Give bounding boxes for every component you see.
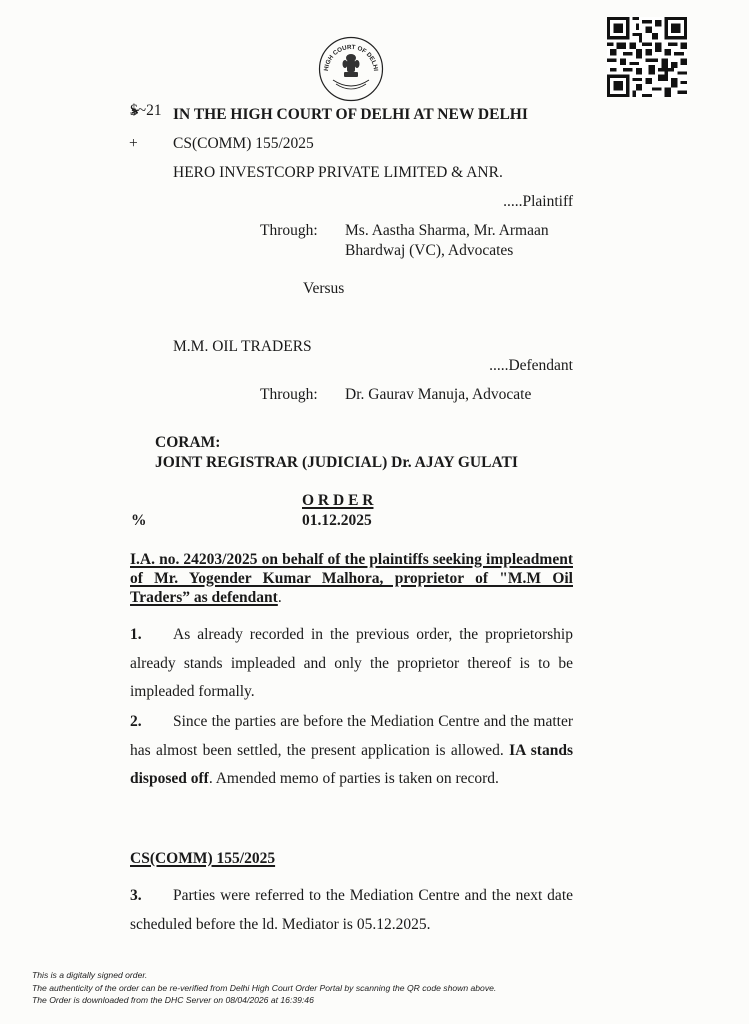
coram-judge: JOINT REGISTRAR (JUDICIAL) Dr. AJAY GULA… <box>155 454 518 472</box>
footer-note: This is a digitally signed order. The au… <box>32 969 496 1007</box>
paragraph-text: Since the parties are before the Mediati… <box>130 713 573 759</box>
qr-code-icon <box>607 17 687 97</box>
order-title: O R D E R <box>302 492 373 510</box>
plaintiff-name: HERO INVESTCORP PRIVATE LIMITED & ANR. <box>173 164 503 182</box>
footer-line-2: The authenticity of the order can be re-… <box>32 982 496 995</box>
footer-line-3: The Order is downloaded from the DHC Ser… <box>32 994 496 1007</box>
paragraph-1: 1.As already recorded in the previous or… <box>130 621 573 707</box>
application-heading-text: I.A. no. 24203/2025 on behalf of the pla… <box>130 551 573 606</box>
footer-line-1: This is a digitally signed order. <box>32 969 496 982</box>
defendant-through-label: Through: <box>260 386 318 404</box>
paragraph-text-after: . Amended memo of parties is taken on re… <box>209 770 499 787</box>
coram-label: CORAM: <box>155 434 220 452</box>
percent-marker: % <box>131 512 147 530</box>
plaintiff-counsel-line2: Bhardwaj (VC), Advocates <box>345 242 513 260</box>
paragraph-number: 2. <box>130 708 173 737</box>
paragraph-3: 3.Parties were referred to the Mediation… <box>130 882 573 939</box>
defendant-name: M.M. OIL TRADERS <box>173 338 312 356</box>
plaintiff-counsel-line1: Ms. Aastha Sharma, Mr. Armaan <box>345 222 549 240</box>
defendant-role: .....Defendant <box>489 357 573 375</box>
plaintiff-role: .....Plaintiff <box>503 193 573 211</box>
versus-label: Versus <box>303 280 344 298</box>
star-marker: * <box>131 106 139 124</box>
section-heading: CS(COMM) 155/2025 <box>130 850 275 868</box>
plus-marker: + <box>129 135 138 153</box>
paragraph-2: 2.Since the parties are before the Media… <box>130 708 573 794</box>
paragraph-text: Parties were referred to the Mediation C… <box>130 887 573 933</box>
paragraph-number: 1. <box>130 621 173 650</box>
court-title: IN THE HIGH COURT OF DELHI AT NEW DELHI <box>173 106 528 124</box>
defendant-counsel: Dr. Gaurav Manuja, Advocate <box>345 386 531 404</box>
paragraph-text: As already recorded in the previous orde… <box>130 626 573 700</box>
high-court-emblem-icon: HIGH COURT OF DELHI <box>318 36 384 102</box>
application-heading: I.A. no. 24203/2025 on behalf of the pla… <box>130 550 573 607</box>
order-date: 01.12.2025 <box>302 512 372 530</box>
plaintiff-through-label: Through: <box>260 222 318 240</box>
application-heading-end: . <box>278 589 282 606</box>
paragraph-number: 3. <box>130 882 173 911</box>
case-number: CS(COMM) 155/2025 <box>173 135 314 153</box>
